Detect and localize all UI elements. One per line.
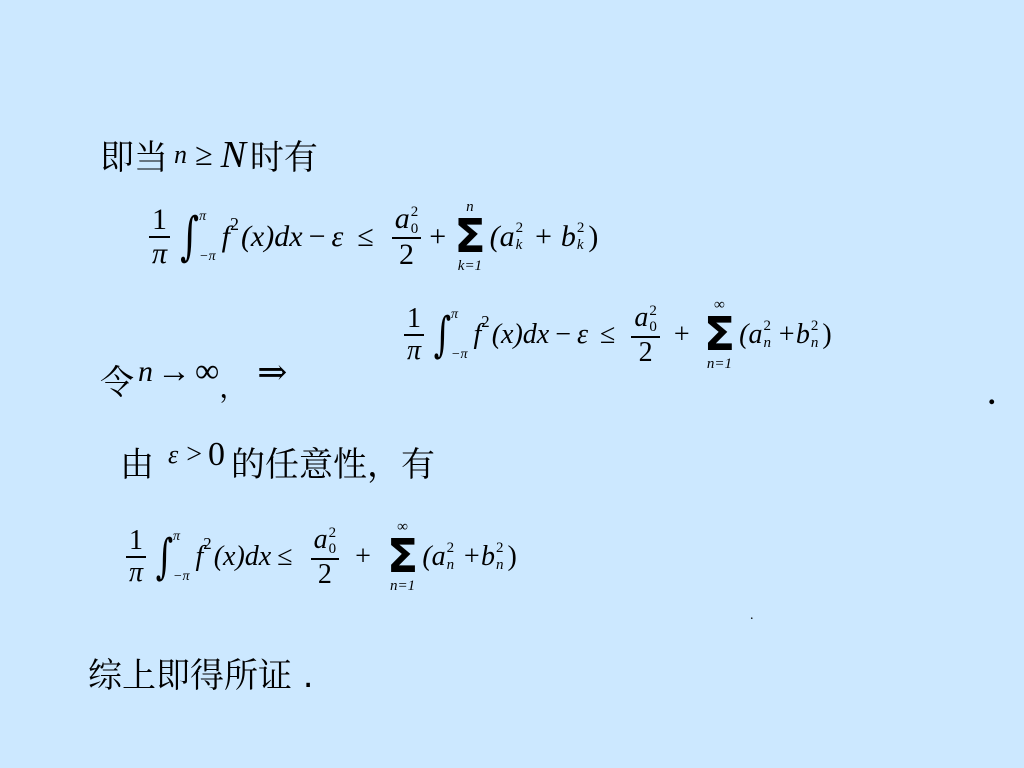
text-prefix: 即当 xyxy=(100,130,168,179)
math-n: n xyxy=(174,140,187,170)
text-line-let-n-to-infinity: 令 n → ∞ ， ⇒ xyxy=(100,352,287,406)
math-arrow: → xyxy=(157,353,191,391)
text-line-when-n-ge-N: 即当 n ≥ N 时有 xyxy=(100,130,318,179)
equation-bessel-inequality: 1 π ∫ π −π f2 (x)dx ≤ a20 2 + ∞ Σ n=1 (a… xyxy=(122,520,517,594)
math-infinity: ∞ xyxy=(195,353,219,391)
math-epsilon: ε xyxy=(168,440,178,470)
text-prefix: 由 xyxy=(120,437,154,486)
fraction-a0-squared-over-2: a20 2 xyxy=(392,203,422,271)
integrand-args: (x)dx xyxy=(214,541,272,573)
le-symbol: ≤ xyxy=(357,220,373,254)
integrand-f: f xyxy=(196,541,204,573)
text-line-conclusion: 综上即得所证 . xyxy=(88,648,314,697)
epsilon: ε xyxy=(331,220,343,254)
text-suffix: 时有 xyxy=(250,130,318,179)
math-ge-symbol: ≥ xyxy=(195,136,213,173)
epsilon: ε xyxy=(577,319,588,351)
math-N: N xyxy=(221,133,246,177)
equation-partial-sum-inequality: 1 π ∫ π −π f2 (x)dx − ε ≤ a20 2 + n Σ k=… xyxy=(145,200,598,274)
text-line-by-arbitrariness-of-epsilon: 由 ε > 0 的任意性，有 xyxy=(120,437,435,486)
implies-symbol: ⇒ xyxy=(257,351,287,393)
text-prefix: 令 xyxy=(100,355,134,404)
integral-sign: ∫ π −π xyxy=(152,529,189,585)
integral-sign: ∫ π −π xyxy=(430,307,467,363)
period-mark: . xyxy=(750,608,754,624)
integrand-args: (x)dx xyxy=(241,220,303,254)
fraction-one-over-pi: 1 π xyxy=(404,304,424,365)
math-gt-symbol: > xyxy=(186,439,202,471)
math-zero: 0 xyxy=(208,436,225,474)
fraction-a0-squared-over-2: a20 2 xyxy=(311,525,340,589)
fraction-one-over-pi: 1 π xyxy=(149,204,170,269)
summation-sign: ∞ Σ n=1 xyxy=(704,298,735,372)
fraction-one-over-pi: 1 π xyxy=(126,526,146,587)
le-symbol: ≤ xyxy=(600,319,615,351)
math-n: n xyxy=(138,355,153,389)
summation-sign: ∞ Σ n=1 xyxy=(387,520,418,594)
le-symbol: ≤ xyxy=(277,541,292,573)
summation-sign: n Σ k=1 xyxy=(454,200,485,274)
integrand-f: f xyxy=(222,220,230,254)
period-mark: . xyxy=(988,378,996,412)
integrand-f: f xyxy=(474,319,482,351)
text-suffix: 的任意性，有 xyxy=(231,437,435,486)
comma: ， xyxy=(219,366,247,406)
integral-sign: ∫ π −π xyxy=(176,209,216,265)
equation-limit-inequality: 1 π ∫ π −π f2 (x)dx − ε ≤ a20 2 + ∞ Σ n=… xyxy=(400,298,832,372)
fraction-a0-squared-over-2: a20 2 xyxy=(631,303,660,367)
integrand-args: (x)dx xyxy=(492,319,550,351)
